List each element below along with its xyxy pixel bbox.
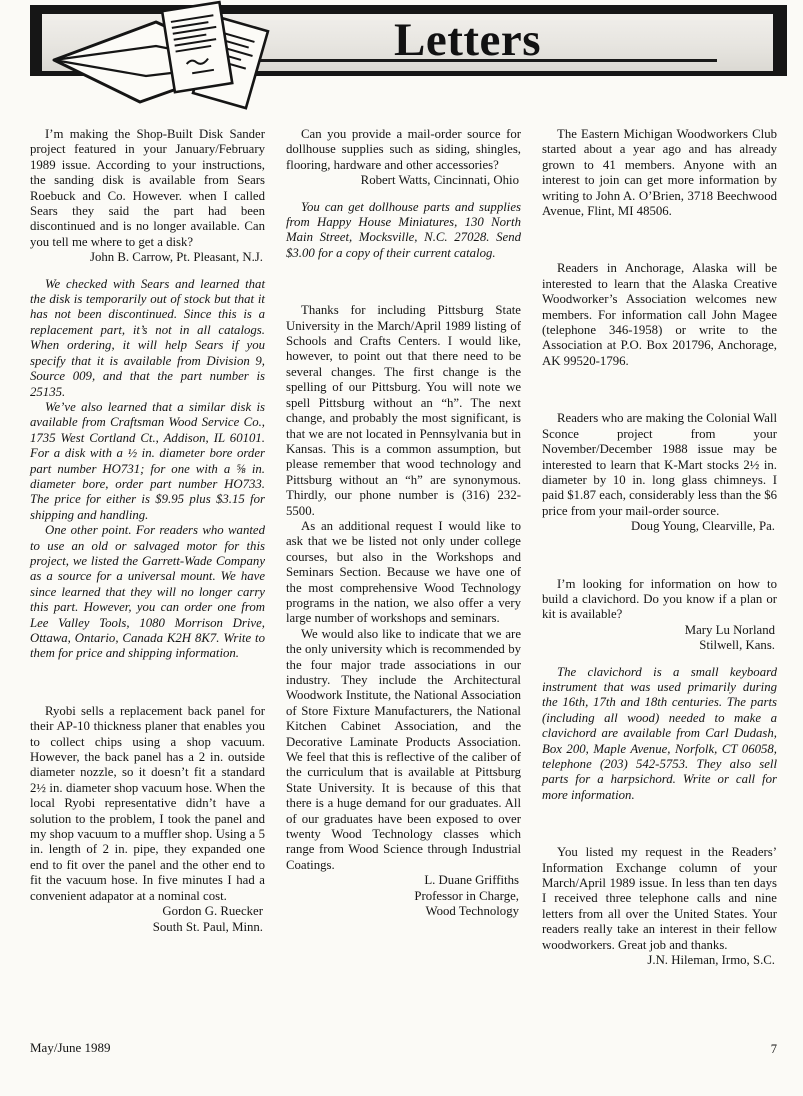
- reply-paragraph: We checked with Sears and learned that t…: [30, 277, 265, 400]
- reader-letter: Can you provide a mail-order source for …: [286, 127, 521, 189]
- column-2: Can you provide a mail-order source for …: [286, 127, 521, 968]
- reader-letter: Thanks for including Pittsburg State Uni…: [286, 303, 521, 919]
- signature-line: Wood Technology: [286, 904, 521, 919]
- reader-letter: I’m making the Shop-Built Disk Sander pr…: [30, 127, 265, 266]
- reader-letter: You listed my request in the Readers’ In…: [542, 845, 777, 968]
- letter-paragraph: Readers in Anchorage, Alaska will be int…: [542, 261, 777, 369]
- editor-reply: The clavichord is a small keyboard instr…: [542, 665, 777, 804]
- signature-line: Mary Lu Norland: [542, 623, 777, 638]
- letter-paragraph: The Eastern Michigan Woodworkers Club st…: [542, 127, 777, 219]
- column-3: The Eastern Michigan Woodworkers Club st…: [542, 127, 777, 968]
- signature-line: Stilwell, Kans.: [542, 638, 777, 653]
- letter-paragraph: Readers who are making the Colonial Wall…: [542, 411, 777, 519]
- letter-paragraph: I’m looking for information on how to bu…: [542, 577, 777, 623]
- reader-letter: Readers in Anchorage, Alaska will be int…: [542, 261, 777, 369]
- column-1: I’m making the Shop-Built Disk Sander pr…: [30, 127, 265, 968]
- letter-paragraph: I’m making the Shop-Built Disk Sander pr…: [30, 127, 265, 250]
- editor-reply: We checked with Sears and learned that t…: [30, 277, 265, 662]
- reply-paragraph: The clavichord is a small keyboard instr…: [542, 665, 777, 804]
- signature-line: Professor in Charge,: [286, 889, 521, 904]
- signature-line: John B. Carrow, Pt. Pleasant, N.J.: [30, 250, 265, 265]
- reader-letter: The Eastern Michigan Woodworkers Club st…: [542, 127, 777, 219]
- footer-issue-date: May/June 1989: [30, 1040, 111, 1055]
- signature-line: Doug Young, Clearville, Pa.: [542, 519, 777, 534]
- letter-paragraph: Thanks for including Pittsburg State Uni…: [286, 303, 521, 519]
- reply-paragraph: One other point. For readers who wanted …: [30, 523, 265, 662]
- footer-page-number: 7: [771, 1042, 777, 1057]
- reader-letter: Readers who are making the Colonial Wall…: [542, 411, 777, 534]
- reply-paragraph: We’ve also learned that a similar disk i…: [30, 400, 265, 523]
- signature-line: Robert Watts, Cincinnati, Ohio: [286, 173, 521, 188]
- envelope-letters-icon: [40, 0, 308, 120]
- reply-paragraph: You can get dollhouse parts and supplies…: [286, 200, 521, 262]
- signature-line: J.N. Hileman, Irmo, S.C.: [542, 953, 777, 968]
- signature-line: South St. Paul, Minn.: [30, 920, 265, 935]
- magazine-letters-page: Letters I’m m: [0, 0, 803, 1096]
- reader-letter: Ryobi sells a replacement back panel for…: [30, 704, 265, 935]
- letter-paragraph: We would also like to indicate that we a…: [286, 627, 521, 874]
- signature-line: L. Duane Griffiths: [286, 873, 521, 888]
- letter-paragraph: Can you provide a mail-order source for …: [286, 127, 521, 173]
- letter-paragraph: As an additional request I would like to…: [286, 519, 521, 627]
- letters-columns: I’m making the Shop-Built Disk Sander pr…: [30, 127, 777, 968]
- reader-letter: I’m looking for information on how to bu…: [542, 577, 777, 654]
- signature-line: Gordon G. Ruecker: [30, 904, 265, 919]
- letter-paragraph: You listed my request in the Readers’ In…: [542, 845, 777, 953]
- letter-paragraph: Ryobi sells a replacement back panel for…: [30, 704, 265, 904]
- editor-reply: You can get dollhouse parts and supplies…: [286, 200, 521, 262]
